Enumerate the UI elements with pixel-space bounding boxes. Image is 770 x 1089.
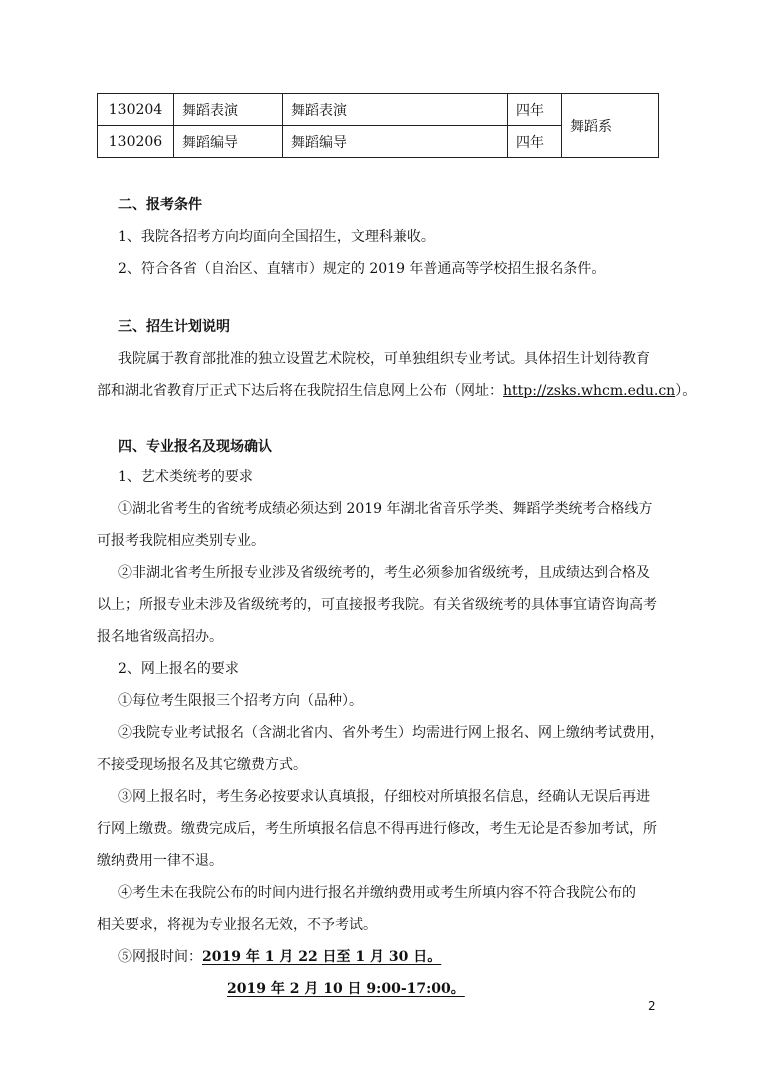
registration-time-label: ⑤网报时间： — [118, 949, 202, 965]
paragraph: 相关要求，将视为专业报名无效，不予考试。 — [97, 916, 670, 934]
paragraph: 2019 年 2 月 10 日 9:00-17:00。 — [227, 980, 670, 998]
paragraph: 可报考我院相应类别专业。 — [97, 532, 670, 550]
majors-table: 130204 舞蹈表演 舞蹈表演 四年 舞蹈系 130206 舞蹈编导 舞蹈编导… — [97, 93, 659, 158]
paragraph-text: ）。 — [675, 383, 696, 399]
paragraph: ⑤网报时间：2019 年 1 月 22 日至 1 月 30 日。 — [118, 948, 670, 966]
major-code: 130206 — [98, 126, 174, 158]
paragraph: ④考生未在我院公布的时间内进行报名并缴纳费用或考生所填内容不符合我院公布的 — [118, 884, 670, 902]
major-code: 130204 — [98, 94, 174, 126]
paragraph: 不接受现场报名及其它缴费方式。 — [97, 756, 670, 774]
section-heading: 四、专业报名及现场确认 — [118, 438, 670, 456]
paragraph: 1、我院各招考方向均面向全国招生，文理科兼收。 — [118, 228, 670, 246]
paragraph-text: 部和湖北省教育厅正式下达后将在我院招生信息网上公布（网址： — [97, 383, 503, 399]
subheading: 2、网上报名的要求 — [118, 660, 670, 678]
paragraph: 缴纳费用一律不退。 — [97, 852, 670, 870]
paragraph: ①湖北省考生的省统考成绩必须达到 2019 年湖北省音乐学类、舞蹈学类统考合格线… — [118, 500, 670, 518]
section-heading: 三、招生计划说明 — [118, 318, 670, 336]
document-page: 130204 舞蹈表演 舞蹈表演 四年 舞蹈系 130206 舞蹈编导 舞蹈编导… — [0, 0, 770, 1089]
paragraph: ①每位考生限报三个招考方向（品种）。 — [118, 692, 670, 710]
page-number: 2 — [648, 999, 656, 1013]
section-heading: 二、报考条件 — [118, 196, 670, 214]
exam-direction: 舞蹈表演 — [283, 94, 508, 126]
study-duration: 四年 — [508, 94, 562, 126]
paragraph: 部和湖北省教育厅正式下达后将在我院招生信息网上公布（网址：http://zsks… — [97, 382, 670, 400]
registration-date-extra: 2019 年 2 月 10 日 9:00-17:00。 — [227, 981, 465, 997]
paragraph: 行网上缴费。缴费完成后，考生所填报名信息不得再进行修改，考生无论是否参加考试，所 — [97, 820, 670, 838]
table-row: 130204 舞蹈表演 舞蹈表演 四年 舞蹈系 — [98, 94, 659, 126]
registration-date-range: 2019 年 1 月 22 日至 1 月 30 日。 — [202, 949, 441, 965]
paragraph: 我院属于教育部批准的独立设置艺术院校，可单独组织专业考试。具体招生计划待教育 — [118, 350, 670, 368]
paragraph: ②我院专业考试报名（含湖北省内、省外考生）均需进行网上报名、网上缴纳考试费用， — [118, 724, 670, 742]
paragraph: 报名地省级高招办。 — [97, 628, 670, 646]
admissions-url-link[interactable]: http://zsks.whcm.edu.cn — [503, 383, 675, 399]
paragraph: ②非湖北省考生所报专业涉及省级统考的，考生必须参加省级统考，且成绩达到合格及 — [118, 564, 670, 582]
paragraph: ③网上报名时，考生务必按要求认真填报，仔细校对所填报名信息，经确认无误后再进 — [118, 788, 670, 806]
major-name: 舞蹈编导 — [174, 126, 283, 158]
paragraph: 以上；所报专业未涉及省级统考的，可直接报考我院。有关省级统考的具体事宜请咨询高考 — [97, 596, 670, 614]
paragraph: 2、符合各省（自治区、直辖市）规定的 2019 年普通高等学校招生报名条件。 — [118, 260, 670, 278]
department: 舞蹈系 — [562, 94, 659, 158]
exam-direction: 舞蹈编导 — [283, 126, 508, 158]
subheading: 1、艺术类统考的要求 — [118, 468, 670, 486]
major-name: 舞蹈表演 — [174, 94, 283, 126]
study-duration: 四年 — [508, 126, 562, 158]
